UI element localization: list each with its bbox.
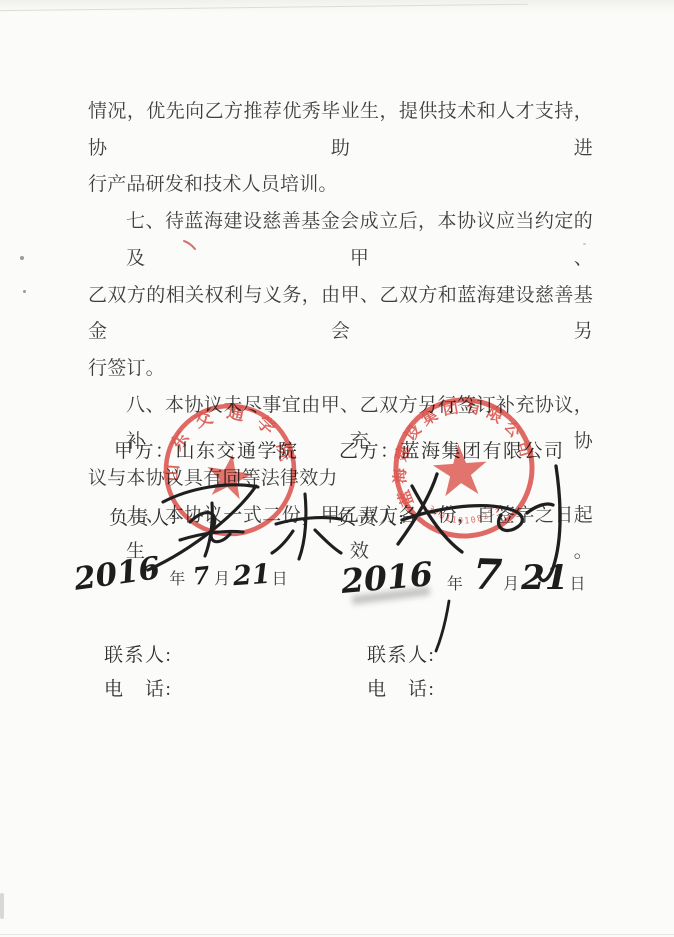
- scan-speckle: [20, 256, 24, 260]
- party-b-date-month: 7: [472, 550, 503, 600]
- party-a-phone-label: 电 话:: [104, 674, 172, 701]
- day-unit-label: 日: [569, 571, 585, 594]
- seal-star-icon: [431, 442, 488, 497]
- svg-text:370110108223: 370110108223: [425, 499, 504, 529]
- body-line: 行产品研发和技术人员培训。: [88, 167, 593, 204]
- month-unit-label: 月: [214, 566, 230, 589]
- body-line: 行签订。: [88, 351, 593, 388]
- scan-left-artifact: [0, 893, 4, 919]
- party-b-date-day: 21: [521, 558, 568, 598]
- svg-text:蓝海建设集团有限公司: 蓝海建设集团有限公司: [385, 392, 541, 510]
- year-unit-label: 年: [447, 571, 463, 594]
- seal-b-code: 370110108223: [425, 499, 504, 529]
- scan-bottom-edge: [0, 934, 674, 935]
- body-line-clause-7: 七、待蓝海建设慈善基金会成立后，本协议应当约定的及甲、: [88, 204, 593, 277]
- date-7-tail-stroke: [436, 601, 449, 651]
- party-b-phone-label: 电 话:: [367, 674, 435, 701]
- party-a-contact-label: 联系人:: [104, 640, 172, 667]
- party-b-date-year: 2016: [339, 554, 434, 601]
- party-b-official-seal-icon: 蓝海建设集团有限公司 370110108223: [379, 383, 550, 554]
- party-b-date: 2016 年 7 月 21 日: [341, 550, 585, 599]
- body-line: 乙双方的相关权利与义务，由甲、乙双方和蓝海建设慈善基金会另: [88, 278, 593, 351]
- body-line: 情况，优先向乙方推荐优秀毕业生，提供技术和人才支持，协助进: [88, 94, 593, 167]
- day-unit-label: 日: [272, 566, 288, 589]
- party-b-contact-label: 联系人:: [367, 640, 435, 667]
- scanned-agreement-page: 情况，优先向乙方推荐优秀毕业生，提供技术和人才支持，协助进 行产品研发和技术人员…: [0, 0, 674, 937]
- scan-speckle: [23, 290, 26, 293]
- party-a-official-seal-icon: 山东交通学院: [144, 384, 316, 556]
- party-a-date-day: 21: [232, 559, 272, 593]
- seal-b-text: 蓝海建设集团有限公司: [385, 392, 541, 510]
- party-a-date-month: 7: [192, 560, 212, 591]
- year-unit-label: 年: [169, 566, 185, 589]
- month-unit-label: 月: [503, 571, 519, 594]
- seal-star-icon: [203, 451, 255, 501]
- party-a-date: 2016 年 7 月 21 日: [74, 556, 288, 592]
- party-a-date-year: 2016: [72, 550, 162, 598]
